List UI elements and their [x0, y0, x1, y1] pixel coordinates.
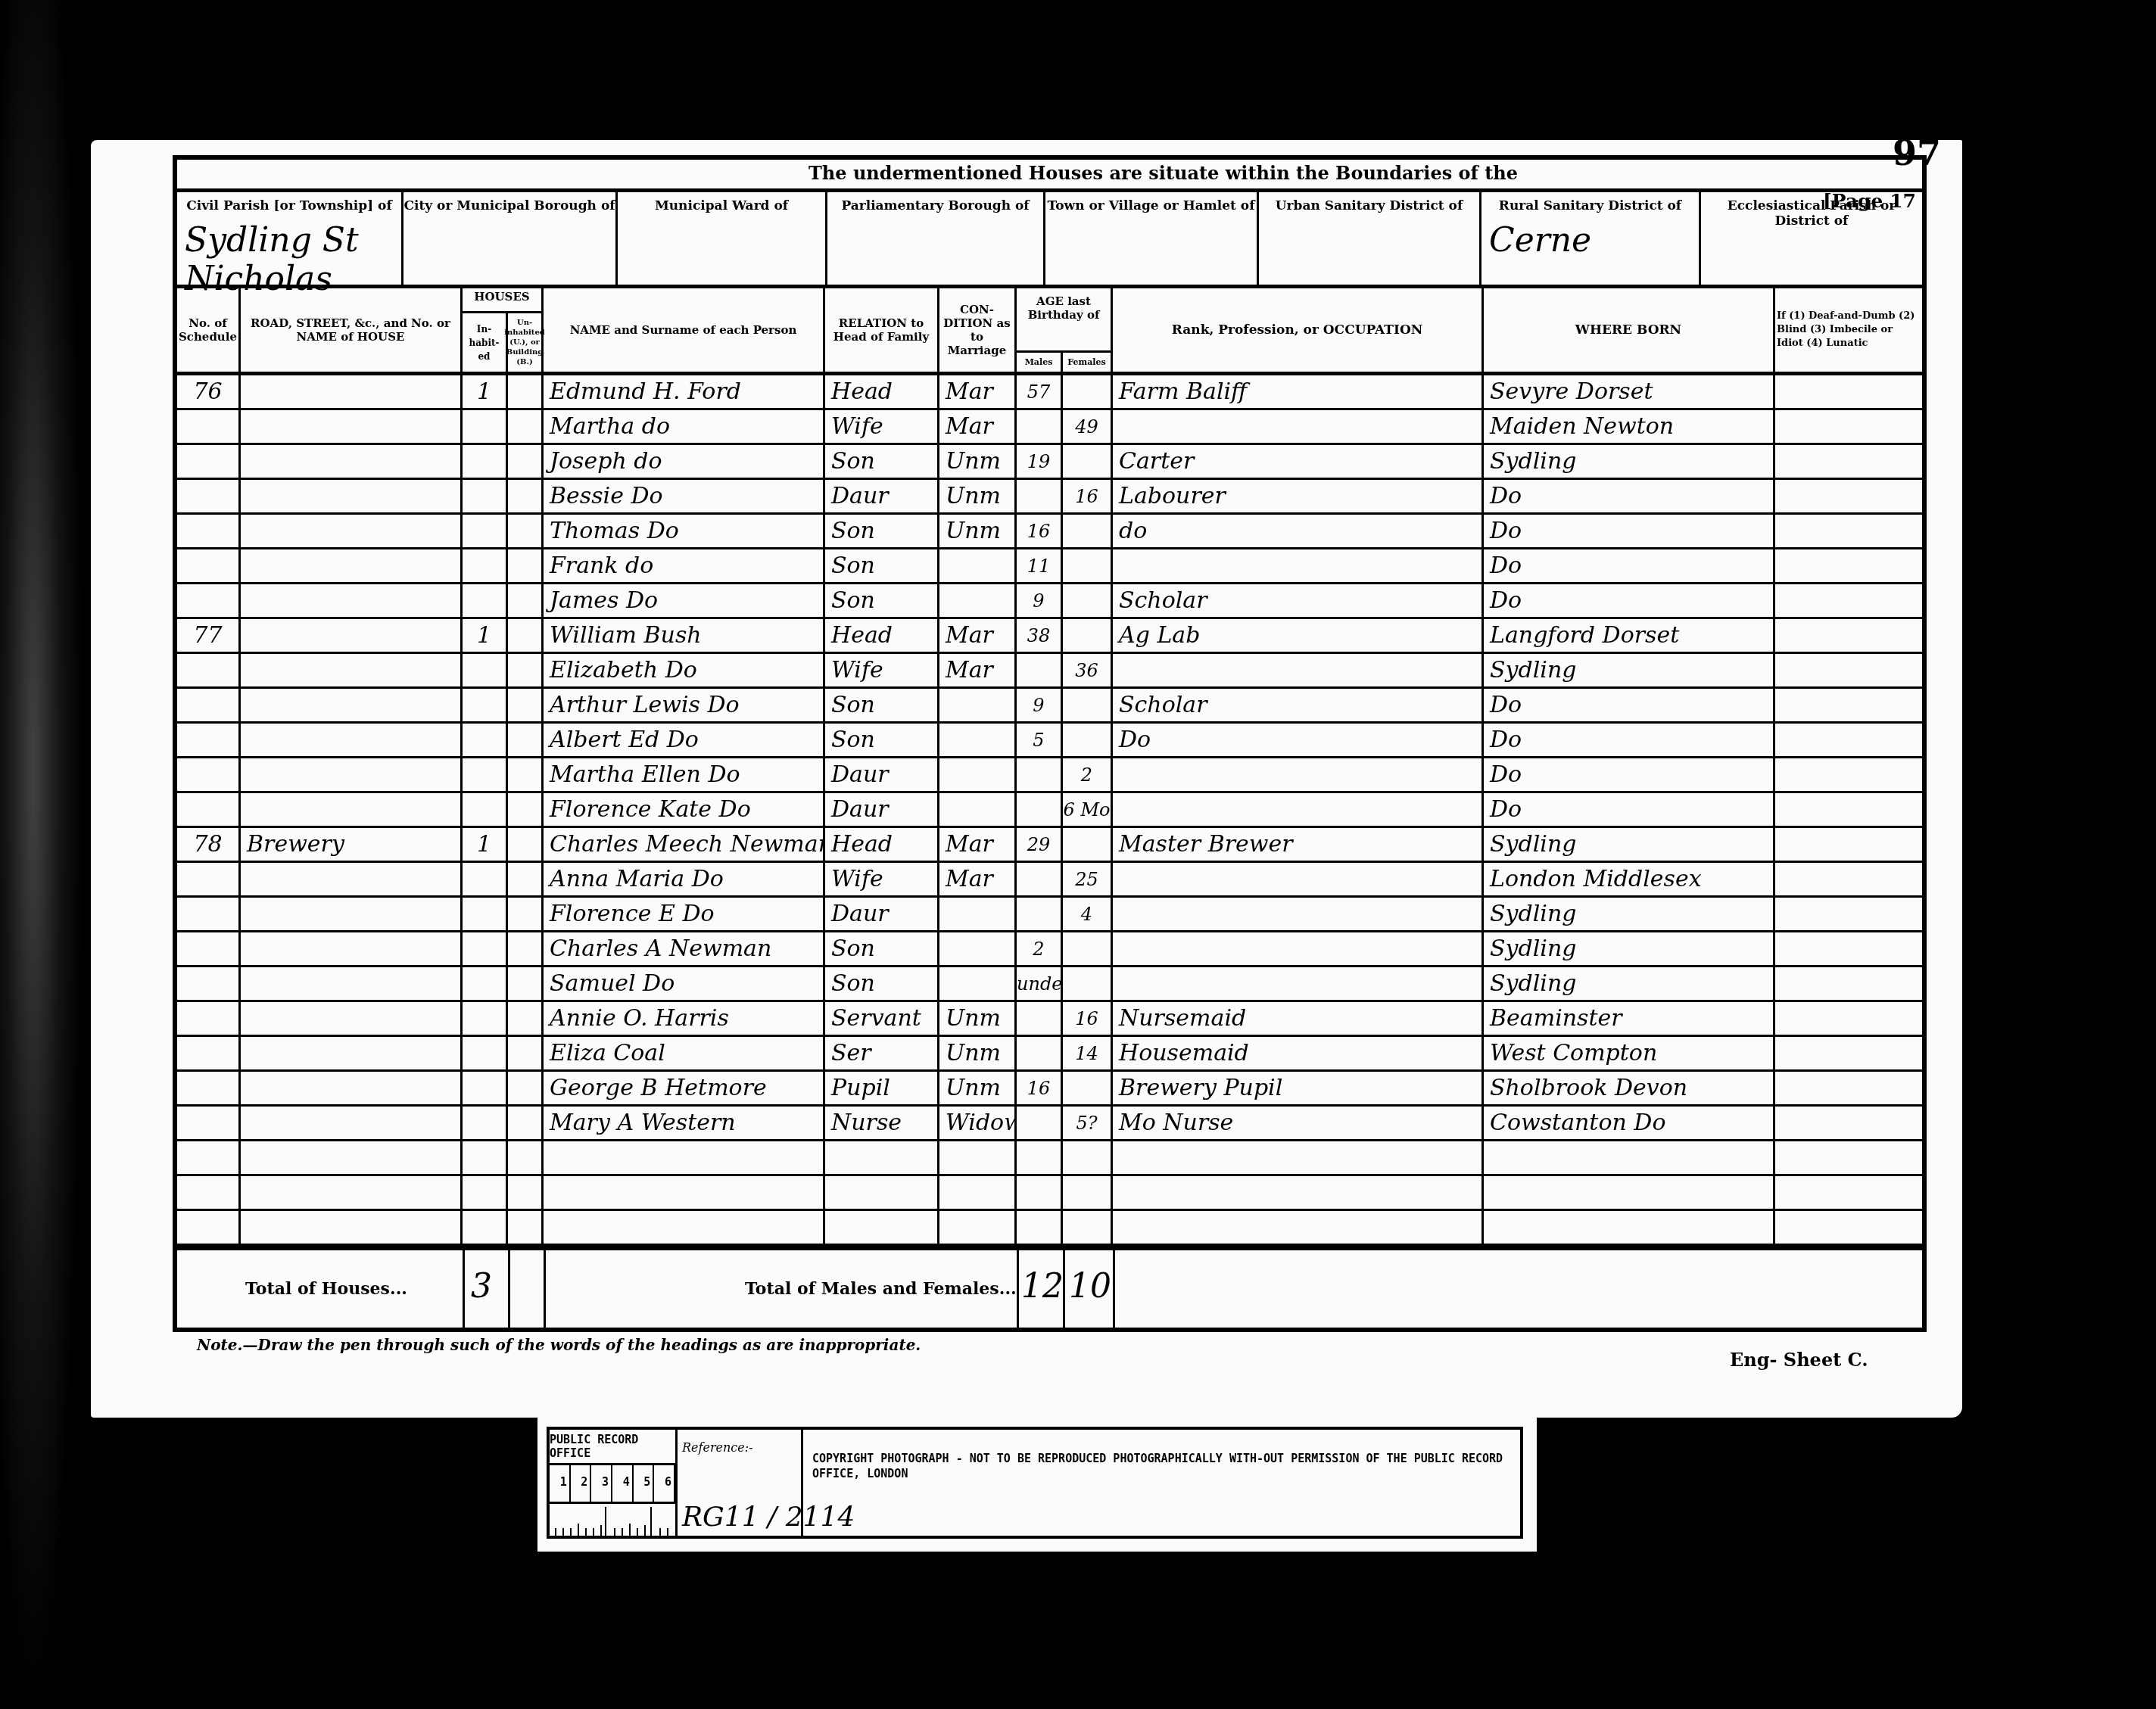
- cell-female-age: [1063, 549, 1113, 582]
- cell-uninhabited: [508, 445, 544, 478]
- cell-road: [241, 445, 463, 478]
- cell-occupation: do: [1113, 515, 1484, 547]
- header-name: NAME and Surname of each Person: [544, 288, 825, 372]
- cell-where-born: Sydling: [1484, 445, 1775, 478]
- cell-condition: Unm: [939, 1072, 1017, 1104]
- cell-infirmity: [1775, 1002, 1922, 1035]
- cell-male-age: [1017, 1037, 1063, 1069]
- district-municipal-ward: Municipal Ward of: [618, 192, 827, 285]
- cell-male-age: [1017, 410, 1063, 443]
- cell-relation: Head: [825, 619, 939, 652]
- cell-infirmity: [1775, 375, 1922, 408]
- cell-relation: Daur: [825, 480, 939, 512]
- cell-uninhabited: [508, 828, 544, 861]
- cell-relation: Wife: [825, 863, 939, 895]
- cell-name: Eliza Coal: [544, 1037, 825, 1069]
- cell-name: Charles A Newman: [544, 932, 825, 965]
- cell-uninhabited: [508, 410, 544, 443]
- cell-male-age: [1017, 793, 1063, 826]
- cell-relation: Servant: [825, 1002, 939, 1035]
- table-row: 771William BushHeadMar38Ag LabLangford D…: [177, 619, 1922, 654]
- cell-road: [241, 584, 463, 617]
- header-occupation: Rank, Profession, or OCCUPATION: [1113, 288, 1484, 372]
- district-municipal-borough: City or Municipal Borough of: [403, 192, 618, 285]
- title-band: The undermentioned Houses are situate wi…: [177, 160, 1922, 192]
- cell-road: [241, 515, 463, 547]
- cell-male-age: 11: [1017, 549, 1063, 582]
- cell-condition: [939, 1176, 1017, 1209]
- table-row: Thomas DoSonUnm16doDo: [177, 515, 1922, 549]
- header-males: Males: [1017, 350, 1063, 372]
- cell-uninhabited: [508, 1141, 544, 1174]
- cell-uninhabited: [508, 689, 544, 721]
- cell-where-born: Do: [1484, 515, 1775, 547]
- cell-road: [241, 1072, 463, 1104]
- cell-name: Florence Kate Do: [544, 793, 825, 826]
- cell-inhabited: [463, 932, 508, 965]
- cell-female-age: 5?: [1063, 1107, 1113, 1139]
- cell-uninhabited: [508, 863, 544, 895]
- cell-occupation: Brewery Pupil: [1113, 1072, 1484, 1104]
- cell-schedule: [177, 932, 241, 965]
- cell-where-born: Sydling: [1484, 932, 1775, 965]
- cell-where-born: [1484, 1141, 1775, 1174]
- column-headers: No. of Schedule ROAD, STREET, &c., and N…: [177, 285, 1922, 375]
- cell-road: [241, 375, 463, 408]
- cell-relation: [825, 1176, 939, 1209]
- cell-infirmity: [1775, 1072, 1922, 1104]
- cell-inhabited: [463, 689, 508, 721]
- cell-condition: [939, 758, 1017, 791]
- cell-infirmity: [1775, 1211, 1922, 1244]
- cell-female-age: [1063, 689, 1113, 721]
- cell-where-born: Sholbrook Devon: [1484, 1072, 1775, 1104]
- cell-name: Joseph do: [544, 445, 825, 478]
- cell-relation: Son: [825, 724, 939, 756]
- table-row: James DoSon9ScholarDo: [177, 584, 1922, 619]
- cell-schedule: [177, 1002, 241, 1035]
- cell-female-age: 4: [1063, 898, 1113, 930]
- cell-where-born: [1484, 1211, 1775, 1244]
- table-row: [177, 1211, 1922, 1246]
- total-persons-label: Total of Males and Females...: [745, 1279, 1017, 1299]
- cell-infirmity: [1775, 793, 1922, 826]
- cell-female-age: 36: [1063, 654, 1113, 686]
- cell-inhabited: [463, 1072, 508, 1104]
- table-row: Martha Ellen DoDaur2Do: [177, 758, 1922, 793]
- cell-road: [241, 863, 463, 895]
- cell-road: [241, 793, 463, 826]
- record-office-title: PUBLIC RECORD OFFICE: [550, 1430, 675, 1465]
- cell-occupation: [1113, 410, 1484, 443]
- cell-occupation: [1113, 549, 1484, 582]
- table-row: Charles A NewmanSon2Sydling: [177, 932, 1922, 967]
- cell-female-age: [1063, 1072, 1113, 1104]
- cell-name: Martha Ellen Do: [544, 758, 825, 791]
- cell-relation: Head: [825, 375, 939, 408]
- cell-infirmity: [1775, 1176, 1922, 1209]
- cell-uninhabited: [508, 1037, 544, 1069]
- cell-infirmity: [1775, 410, 1922, 443]
- cell-inhabited: [463, 1037, 508, 1069]
- district-civil-parish: Civil Parish [or Township] of Sydling St…: [177, 192, 403, 285]
- ruler-block: PUBLIC RECORD OFFICE 1 2 3 4 5 6: [550, 1430, 678, 1536]
- cell-road: [241, 654, 463, 686]
- cell-condition: [939, 584, 1017, 617]
- copyright-notice: COPYRIGHT PHOTOGRAPH - NOT TO BE REPRODU…: [803, 1430, 1520, 1557]
- cell-occupation: Labourer: [1113, 480, 1484, 512]
- cell-inhabited: 1: [463, 828, 508, 861]
- cell-schedule: [177, 1072, 241, 1104]
- cell-where-born: Sevyre Dorset: [1484, 375, 1775, 408]
- cell-male-age: 9: [1017, 584, 1063, 617]
- ruler-icon: [550, 1504, 675, 1539]
- cell-inhabited: 1: [463, 375, 508, 408]
- cell-schedule: [177, 549, 241, 582]
- district-urban-sanitary: Urban Sanitary District of: [1259, 192, 1481, 285]
- cell-relation: Nurse: [825, 1107, 939, 1139]
- cell-uninhabited: [508, 758, 544, 791]
- cell-infirmity: [1775, 898, 1922, 930]
- cell-occupation: Nursemaid: [1113, 1002, 1484, 1035]
- cell-road: [241, 1141, 463, 1174]
- cell-where-born: Langford Dorset: [1484, 619, 1775, 652]
- cell-road: [241, 619, 463, 652]
- reference-block: Reference:- RG11 / 2114: [678, 1430, 803, 1536]
- table-row: Martha doWifeMar49Maiden Newton: [177, 410, 1922, 445]
- cell-male-age: [1017, 1176, 1063, 1209]
- table-row: Frank doSon11Do: [177, 549, 1922, 584]
- cell-name: Arthur Lewis Do: [544, 689, 825, 721]
- cell-inhabited: [463, 480, 508, 512]
- cell-occupation: [1113, 1141, 1484, 1174]
- cell-where-born: Sydling: [1484, 898, 1775, 930]
- cell-relation: Son: [825, 584, 939, 617]
- cell-road: [241, 898, 463, 930]
- cell-schedule: [177, 689, 241, 721]
- cell-male-age: [1017, 1141, 1063, 1174]
- cell-condition: Mar: [939, 410, 1017, 443]
- cell-uninhabited: [508, 1072, 544, 1104]
- total-males-value: 12: [1021, 1267, 1064, 1306]
- cell-occupation: Master Brewer: [1113, 828, 1484, 861]
- footnote: Note.—Draw the pen through such of the w…: [197, 1336, 921, 1354]
- cell-name: Elizabeth Do: [544, 654, 825, 686]
- cell-male-age: [1017, 1107, 1063, 1139]
- cell-male-age: [1017, 898, 1063, 930]
- cell-occupation: [1113, 967, 1484, 1000]
- cell-infirmity: [1775, 828, 1922, 861]
- cell-condition: [939, 1211, 1017, 1244]
- cell-occupation: Ag Lab: [1113, 619, 1484, 652]
- header-road: ROAD, STREET, &c., and No. or NAME of HO…: [241, 288, 463, 372]
- cell-name: [544, 1211, 825, 1244]
- header-relation: RELATION to Head of Family: [825, 288, 939, 372]
- cell-schedule: [177, 1176, 241, 1209]
- cell-relation: Ser: [825, 1037, 939, 1069]
- cell-inhabited: [463, 1211, 508, 1244]
- cell-schedule: [177, 758, 241, 791]
- cell-name: Edmund H. Ford: [544, 375, 825, 408]
- cell-relation: Son: [825, 445, 939, 478]
- cell-male-age: [1017, 863, 1063, 895]
- cell-name: George B Hetmore: [544, 1072, 825, 1104]
- cell-inhabited: [463, 793, 508, 826]
- cell-infirmity: [1775, 584, 1922, 617]
- cell-occupation: Scholar: [1113, 584, 1484, 617]
- cell-female-age: 2: [1063, 758, 1113, 791]
- cell-name: Thomas Do: [544, 515, 825, 547]
- cell-male-age: 5: [1017, 724, 1063, 756]
- cell-schedule: [177, 1211, 241, 1244]
- cell-where-born: Sydling: [1484, 654, 1775, 686]
- cell-condition: [939, 932, 1017, 965]
- cell-road: [241, 1002, 463, 1035]
- cell-condition: Unm: [939, 445, 1017, 478]
- cell-where-born: Do: [1484, 480, 1775, 512]
- cell-condition: Unm: [939, 1002, 1017, 1035]
- cell-uninhabited: [508, 724, 544, 756]
- cell-inhabited: [463, 515, 508, 547]
- cell-uninhabited: [508, 1002, 544, 1035]
- cell-occupation: [1113, 898, 1484, 930]
- cell-schedule: [177, 1037, 241, 1069]
- cell-male-age: [1017, 758, 1063, 791]
- cell-inhabited: [463, 967, 508, 1000]
- cell-occupation: [1113, 1176, 1484, 1209]
- cell-female-age: [1063, 932, 1113, 965]
- cell-road: [241, 480, 463, 512]
- cell-inhabited: [463, 898, 508, 930]
- cell-uninhabited: [508, 480, 544, 512]
- cell-occupation: [1113, 654, 1484, 686]
- cell-occupation: Scholar: [1113, 689, 1484, 721]
- table-row: Albert Ed DoSon5DoDo: [177, 724, 1922, 758]
- cell-uninhabited: [508, 584, 544, 617]
- cell-infirmity: [1775, 515, 1922, 547]
- cell-infirmity: [1775, 445, 1922, 478]
- cell-where-born: West Compton: [1484, 1037, 1775, 1069]
- district-parliamentary-borough: Parliamentary Borough of: [827, 192, 1045, 285]
- cell-inhabited: [463, 1107, 508, 1139]
- cell-schedule: [177, 654, 241, 686]
- cell-name: Albert Ed Do: [544, 724, 825, 756]
- district-town-village: Town or Village or Hamlet of: [1045, 192, 1259, 285]
- cell-where-born: Do: [1484, 689, 1775, 721]
- cell-road: [241, 549, 463, 582]
- cell-road: [241, 967, 463, 1000]
- cell-condition: [939, 898, 1017, 930]
- cell-uninhabited: [508, 967, 544, 1000]
- cell-male-age: 2: [1017, 932, 1063, 965]
- cell-schedule: 78: [177, 828, 241, 861]
- cell-inhabited: [463, 1141, 508, 1174]
- cell-relation: [825, 1211, 939, 1244]
- cell-occupation: Farm Baliff: [1113, 375, 1484, 408]
- cell-female-age: 25: [1063, 863, 1113, 895]
- cell-name: Mary A Western: [544, 1107, 825, 1139]
- ruler-ticks: [550, 1504, 675, 1539]
- table-row: Elizabeth DoWifeMar36Sydling: [177, 654, 1922, 689]
- film-edge-smudge: [0, 0, 83, 1709]
- table-row: Joseph doSonUnm19CarterSydling: [177, 445, 1922, 480]
- cell-condition: Mar: [939, 619, 1017, 652]
- cell-infirmity: [1775, 932, 1922, 965]
- cell-relation: Wife: [825, 654, 939, 686]
- cell-inhabited: 1: [463, 619, 508, 652]
- cell-infirmity: [1775, 654, 1922, 686]
- cell-male-age: [1017, 654, 1063, 686]
- table-row: Anna Maria DoWifeMar25London Middlesex: [177, 863, 1922, 898]
- cell-male-age: 16: [1017, 515, 1063, 547]
- totals-row: Total of Houses... 3 Total of Males and …: [177, 1246, 1922, 1332]
- cell-occupation: [1113, 863, 1484, 895]
- header-uninhabited: Un-inhabited (U.), or Building (B.): [508, 311, 544, 372]
- cell-condition: [939, 793, 1017, 826]
- cell-male-age: 16: [1017, 1072, 1063, 1104]
- cell-condition: Mar: [939, 863, 1017, 895]
- cell-schedule: [177, 967, 241, 1000]
- cell-female-age: [1063, 515, 1113, 547]
- cell-relation: Son: [825, 549, 939, 582]
- cell-female-age: [1063, 828, 1113, 861]
- cell-relation: Son: [825, 689, 939, 721]
- district-rural-sanitary: Rural Sanitary District of Cerne: [1481, 192, 1701, 285]
- cell-inhabited: [463, 654, 508, 686]
- cell-female-age: 16: [1063, 1002, 1113, 1035]
- cell-where-born: Do: [1484, 793, 1775, 826]
- cell-infirmity: [1775, 480, 1922, 512]
- cell-inhabited: [463, 758, 508, 791]
- cell-road: [241, 410, 463, 443]
- total-houses-label: Total of Houses...: [245, 1279, 407, 1299]
- cell-where-born: Do: [1484, 549, 1775, 582]
- cell-road: [241, 932, 463, 965]
- cell-male-age: 19: [1017, 445, 1063, 478]
- cell-name: [544, 1176, 825, 1209]
- cell-inhabited: [463, 1176, 508, 1209]
- cell-schedule: [177, 793, 241, 826]
- cell-uninhabited: [508, 1211, 544, 1244]
- cell-schedule: [177, 584, 241, 617]
- cell-female-age: [1063, 584, 1113, 617]
- cell-occupation: [1113, 1211, 1484, 1244]
- cell-male-age: 38: [1017, 619, 1063, 652]
- header-condition: CON-DITION as to Marriage: [939, 288, 1017, 372]
- district-ecclesiastical: Ecclesiastical Parish or District of: [1701, 192, 1922, 285]
- cell-name: Bessie Do: [544, 480, 825, 512]
- cell-road: [241, 1107, 463, 1139]
- cell-relation: Head: [825, 828, 939, 861]
- cell-male-age: 57: [1017, 375, 1063, 408]
- cell-condition: Mar: [939, 375, 1017, 408]
- table-row: Florence Kate DoDaur6 MoDo: [177, 793, 1922, 828]
- cell-inhabited: [463, 724, 508, 756]
- table-row: 78Brewery1Charles Meech NewmanHeadMar29M…: [177, 828, 1922, 863]
- cell-infirmity: [1775, 724, 1922, 756]
- cell-female-age: [1063, 375, 1113, 408]
- cell-uninhabited: [508, 654, 544, 686]
- cell-infirmity: [1775, 549, 1922, 582]
- cell-uninhabited: [508, 898, 544, 930]
- header-females: Females: [1063, 350, 1113, 372]
- cell-condition: Mar: [939, 828, 1017, 861]
- cell-inhabited: [463, 584, 508, 617]
- cell-female-age: 14: [1063, 1037, 1113, 1069]
- cell-relation: Son: [825, 967, 939, 1000]
- header-inhabited: In-habit-ed: [463, 311, 508, 372]
- cell-condition: Unm: [939, 515, 1017, 547]
- cell-where-born: [1484, 1176, 1775, 1209]
- cell-female-age: 49: [1063, 410, 1113, 443]
- header-where-born: WHERE BORN: [1484, 288, 1775, 372]
- cell-schedule: [177, 515, 241, 547]
- census-table: The undermentioned Houses are situate wi…: [173, 155, 1927, 1332]
- cell-uninhabited: [508, 549, 544, 582]
- cell-infirmity: [1775, 619, 1922, 652]
- cell-name: Florence E Do: [544, 898, 825, 930]
- cell-where-born: Sydling: [1484, 828, 1775, 861]
- cell-condition: Unm: [939, 480, 1017, 512]
- cell-occupation: [1113, 793, 1484, 826]
- cell-uninhabited: [508, 932, 544, 965]
- cell-name: Annie O. Harris: [544, 1002, 825, 1035]
- cell-inhabited: [463, 549, 508, 582]
- cell-female-age: 16: [1063, 480, 1113, 512]
- cell-name: Martha do: [544, 410, 825, 443]
- cell-uninhabited: [508, 793, 544, 826]
- cell-condition: Widow: [939, 1107, 1017, 1139]
- cell-uninhabited: [508, 1107, 544, 1139]
- cell-relation: Daur: [825, 758, 939, 791]
- table-row: [177, 1141, 1922, 1176]
- cell-where-born: Maiden Newton: [1484, 410, 1775, 443]
- cell-uninhabited: [508, 619, 544, 652]
- cell-uninhabited: [508, 375, 544, 408]
- cell-female-age: [1063, 1141, 1113, 1174]
- table-row: Florence E DoDaur4Sydling: [177, 898, 1922, 932]
- cell-female-age: [1063, 1176, 1113, 1209]
- cell-male-age: 29: [1017, 828, 1063, 861]
- table-row: Mary A WesternNurseWidow5?Mo NurseCowsta…: [177, 1107, 1922, 1141]
- cell-relation: Son: [825, 932, 939, 965]
- sheet-label: Eng- Sheet C.: [1730, 1349, 1868, 1371]
- cell-relation: Daur: [825, 793, 939, 826]
- cell-infirmity: [1775, 1107, 1922, 1139]
- total-females-value: 10: [1069, 1267, 1111, 1306]
- cell-schedule: [177, 724, 241, 756]
- cell-condition: Unm: [939, 1037, 1017, 1069]
- cell-where-born: Cowstanton Do: [1484, 1107, 1775, 1139]
- cell-schedule: [177, 445, 241, 478]
- cell-inhabited: [463, 1002, 508, 1035]
- cell-infirmity: [1775, 1141, 1922, 1174]
- cell-occupation: [1113, 758, 1484, 791]
- cell-occupation: Carter: [1113, 445, 1484, 478]
- cell-infirmity: [1775, 1037, 1922, 1069]
- cell-name: Samuel Do: [544, 967, 825, 1000]
- cell-road: [241, 758, 463, 791]
- cell-male-age: 9: [1017, 689, 1063, 721]
- cell-road: Brewery: [241, 828, 463, 861]
- cell-schedule: 77: [177, 619, 241, 652]
- cell-name: Frank do: [544, 549, 825, 582]
- cell-inhabited: [463, 445, 508, 478]
- cell-name: William Bush: [544, 619, 825, 652]
- cell-where-born: London Middlesex: [1484, 863, 1775, 895]
- cell-male-age: [1017, 1211, 1063, 1244]
- cell-occupation: Housemaid: [1113, 1037, 1484, 1069]
